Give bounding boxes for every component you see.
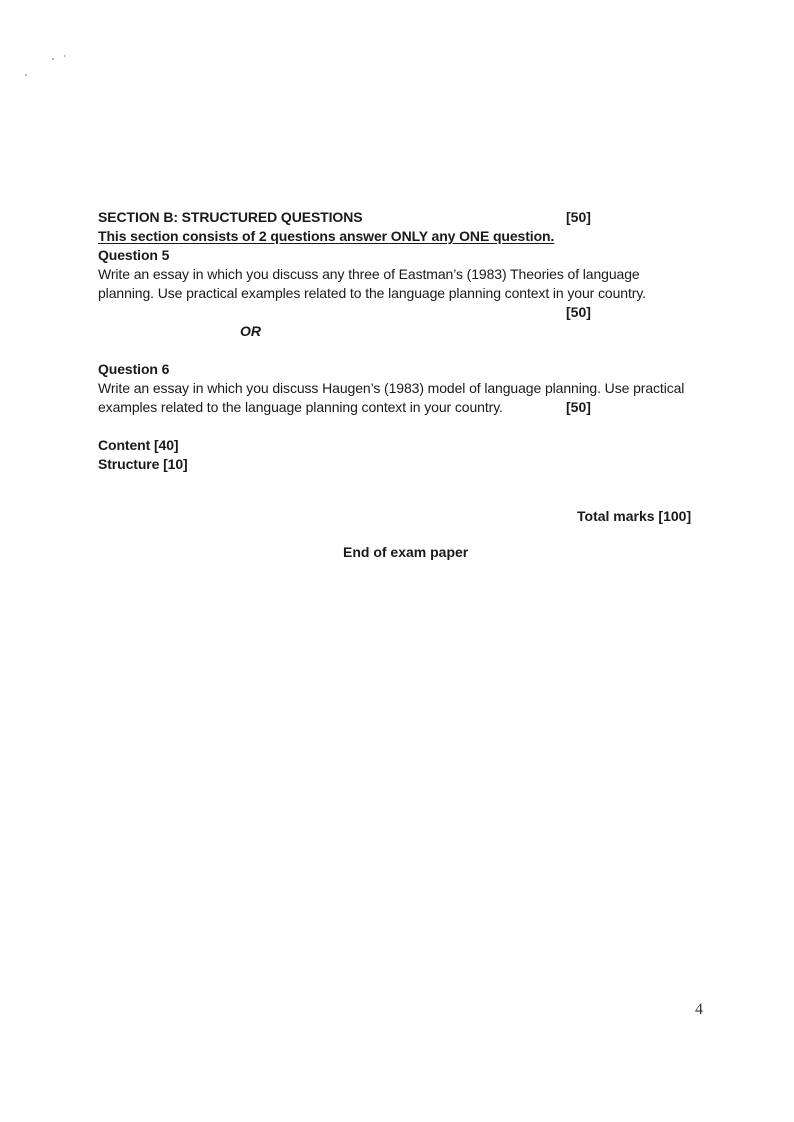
question-6-text-line-2: examples related to the language plannin…	[98, 398, 503, 416]
exam-page: SECTION B: STRUCTURED QUESTIONS [50] Thi…	[0, 0, 794, 1122]
page-number: 4	[695, 1001, 703, 1019]
question-5-title: Question 5	[98, 246, 169, 264]
rubric-structure: Structure [10]	[98, 455, 188, 473]
question-5-text-line-2: planning. Use practical examples related…	[98, 284, 646, 302]
rubric-content: Content [40]	[98, 436, 178, 454]
scan-speck	[52, 58, 54, 60]
end-of-exam: End of exam paper	[343, 543, 468, 561]
question-6-marks: [50]	[566, 398, 591, 416]
scan-speck	[25, 74, 27, 76]
question-6-title: Question 6	[98, 360, 169, 378]
question-5-text-line-1: Write an essay in which you discuss any …	[98, 265, 640, 283]
question-5-marks: [50]	[566, 303, 591, 321]
section-heading: SECTION B: STRUCTURED QUESTIONS	[98, 208, 362, 226]
section-instruction: This section consists of 2 questions ans…	[98, 227, 554, 245]
question-6-text-line-1: Write an essay in which you discuss Haug…	[98, 379, 684, 397]
section-marks: [50]	[566, 208, 591, 226]
scan-speck	[64, 55, 65, 57]
total-marks: Total marks [100]	[577, 507, 691, 525]
or-separator: OR	[240, 322, 261, 340]
